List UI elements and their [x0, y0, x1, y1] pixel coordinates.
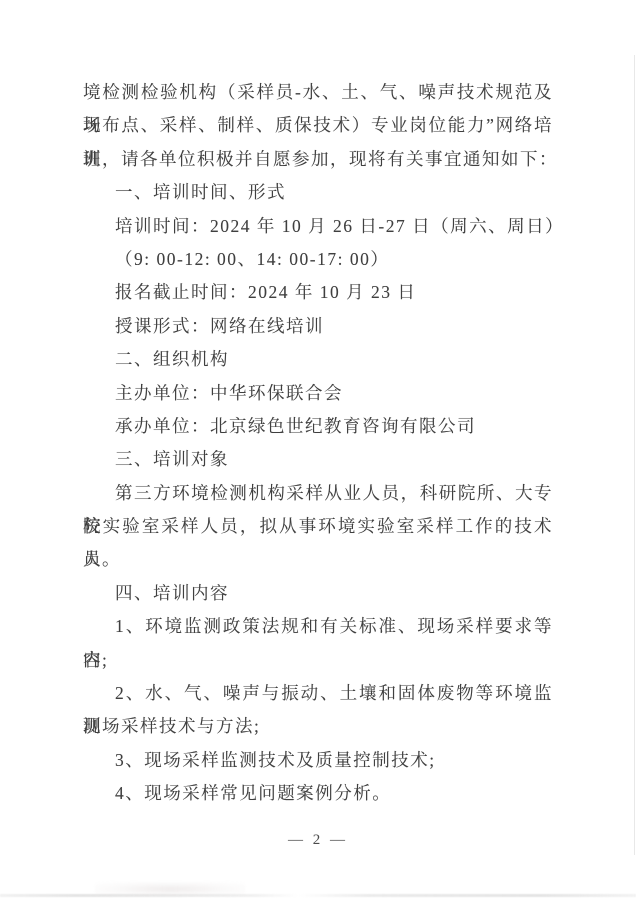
text-line: 现场采样技术与方法; [83, 710, 553, 743]
text-line: 4、现场采样常见问题案例分析。 [83, 777, 553, 810]
text-line: 培训时间：2024 年 10 月 26 日-27 日（周六、周日） [83, 210, 553, 243]
text-line: 场布点、采样、制样、质保技术）专业岗位能力”网络培训 [83, 109, 553, 142]
text-line: 第三方环境检测机构采样从业人员，科研院所、大专院 [83, 477, 553, 510]
text-line: 容; [83, 644, 553, 677]
text-line: 授课形式：网络在线培训 [83, 310, 553, 343]
text-line: 员。 [83, 543, 553, 576]
text-line: 校实验室采样人员，拟从事环境实验室采样工作的技术人 [83, 510, 553, 543]
section-heading: 四、培训内容 [83, 577, 553, 610]
document-body: 境检测检验机构（采样员-水、土、气、噪声技术规范及现 场布点、采样、制样、质保技… [83, 76, 553, 811]
section-heading: 三、培训对象 [83, 443, 553, 476]
text-line: （9: 00-12: 00、14: 00-17: 00） [83, 243, 553, 276]
scan-edge-right [634, 55, 635, 855]
section-heading: 二、组织机构 [83, 343, 553, 376]
document-page: 境检测检验机构（采样员-水、土、气、噪声技术规范及现 场布点、采样、制样、质保技… [0, 0, 636, 900]
text-line: 承办单位：北京绿色世纪教育咨询有限公司 [83, 410, 553, 443]
page-number: — 2 — [0, 832, 636, 849]
section-heading: 一、培训时间、形式 [83, 176, 553, 209]
text-line: 境检测检验机构（采样员-水、土、气、噪声技术规范及现 [83, 76, 553, 109]
text-line: 报名截止时间：2024 年 10 月 23 日 [83, 276, 553, 309]
text-line: 1、环境监测政策法规和有关标准、现场采样要求等内 [83, 610, 553, 643]
text-line: 3、现场采样监测技术及质量控制技术; [83, 744, 553, 777]
text-line: 2、水、气、噪声与振动、土壤和固体废物等环境监测 [83, 677, 553, 710]
scan-edge-bottom [0, 894, 636, 897]
text-line: 班，请各单位积极并自愿参加，现将有关事宜通知如下： [83, 143, 553, 176]
text-line: 主办单位：中华环保联合会 [83, 377, 553, 410]
